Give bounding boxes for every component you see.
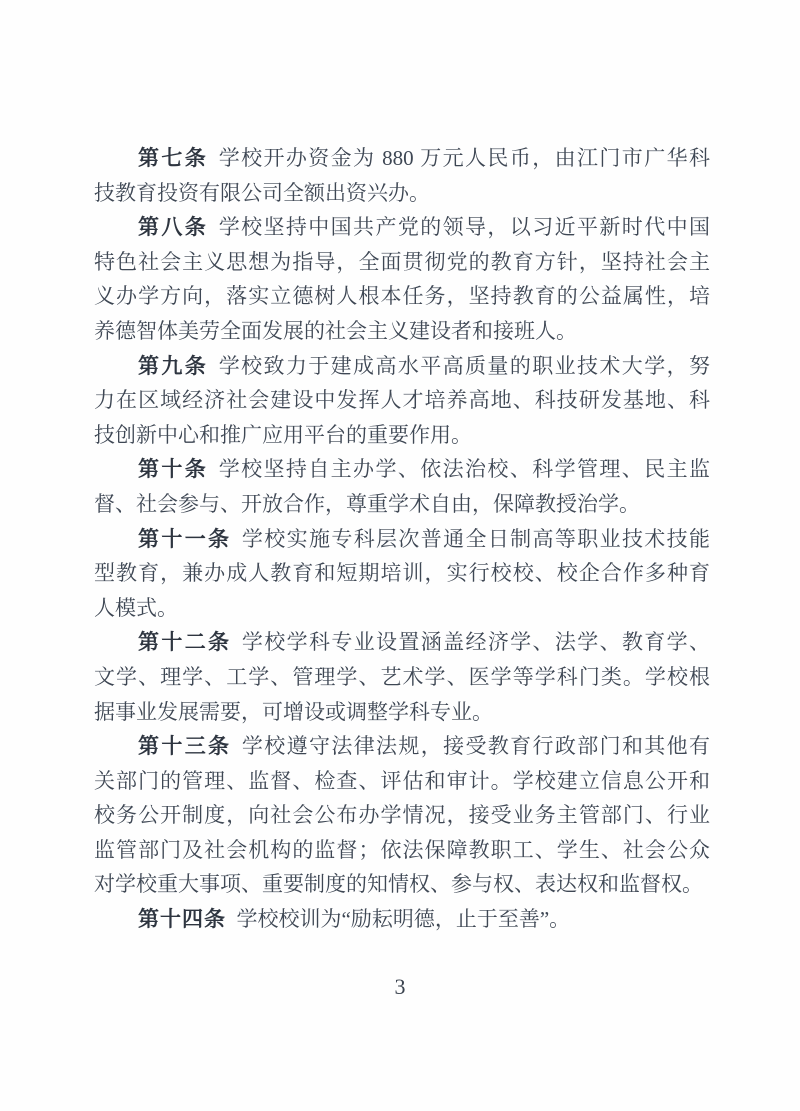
paragraph: 第十四条学校校训为“励耘明德，止于至善”。	[94, 902, 710, 937]
document-line: 据事业发展需要，可增设或调整学科专业。	[94, 695, 710, 730]
paragraph: 第十二条学校学科专业设置涵盖经济学、法学、教育学、文学、理学、工学、管理学、艺术…	[94, 625, 710, 729]
article-label: 第七条	[138, 146, 208, 170]
document-line: 第十四条学校校训为“励耘明德，止于至善”。	[94, 902, 710, 937]
text-block: 第七条学校开办资金为 880 万元人民币，由江门市广华科技教育投资有限公司全额出…	[94, 141, 710, 937]
document-line: 第十一条学校实施专科层次普通全日制高等职业技术技能	[94, 522, 710, 557]
document-page: 第七条学校开办资金为 880 万元人民币，由江门市广华科技教育投资有限公司全额出…	[0, 0, 800, 1111]
article-label: 第九条	[138, 354, 208, 378]
document-line: 关部门的管理、监督、检查、评估和审计。学校建立信息公开和	[94, 764, 710, 799]
paragraph: 第十一条学校实施专科层次普通全日制高等职业技术技能型教育，兼办成人教育和短期培训…	[94, 522, 710, 626]
document-line: 第十二条学校学科专业设置涵盖经济学、法学、教育学、	[94, 625, 710, 660]
document-line: 第十三条学校遵守法律法规，接受教育行政部门和其他有	[94, 729, 710, 764]
document-line: 养德智体美劳全面发展的社会主义建设者和接班人。	[94, 314, 710, 349]
page-number: 3	[0, 974, 800, 1000]
document-line: 义办学方向，落实立德树人根本任务，坚持教育的公益属性，培	[94, 279, 710, 314]
document-line: 技创新中心和推广应用平台的重要作用。	[94, 418, 710, 453]
document-line: 技教育投资有限公司全额出资兴办。	[94, 176, 710, 211]
document-line: 第八条学校坚持中国共产党的领导，以习近平新时代中国	[94, 210, 710, 245]
article-label: 第十一条	[138, 527, 231, 551]
paragraph: 第九条学校致力于建成高水平高质量的职业技术大学，努力在区域经济社会建设中发挥人才…	[94, 349, 710, 453]
article-label: 第十四条	[138, 907, 226, 931]
document-line: 人模式。	[94, 591, 710, 626]
document-line: 第七条学校开办资金为 880 万元人民币，由江门市广华科	[94, 141, 710, 176]
document-line: 督、社会参与、开放合作，尊重学术自由，保障教授治学。	[94, 487, 710, 522]
document-line: 第九条学校致力于建成高水平高质量的职业技术大学，努	[94, 349, 710, 384]
article-label: 第十二条	[138, 630, 231, 654]
document-line: 监管部门及社会机构的监督；依法保障教职工、学生、社会公众	[94, 833, 710, 868]
article-label: 第十条	[138, 457, 208, 481]
article-label: 第十三条	[138, 734, 231, 758]
document-line: 对学校重大事项、重要制度的知情权、参与权、表达权和监督权。	[94, 867, 710, 902]
document-line: 型教育，兼办成人教育和短期培训，实行校校、校企合作多种育	[94, 556, 710, 591]
document-line: 力在区域经济社会建设中发挥人才培养高地、科技研发基地、科	[94, 383, 710, 418]
document-line: 校务公开制度，向社会公布办学情况，接受业务主管部门、行业	[94, 798, 710, 833]
document-line: 文学、理学、工学、管理学、艺术学、医学等学科门类。学校根	[94, 660, 710, 695]
document-line: 特色社会主义思想为指导，全面贯彻党的教育方针，坚持社会主	[94, 245, 710, 280]
paragraph: 第八条学校坚持中国共产党的领导，以习近平新时代中国特色社会主义思想为指导，全面贯…	[94, 210, 710, 348]
paragraph: 第七条学校开办资金为 880 万元人民币，由江门市广华科技教育投资有限公司全额出…	[94, 141, 710, 210]
article-label: 第八条	[138, 215, 208, 239]
paragraph: 第十三条学校遵守法律法规，接受教育行政部门和其他有关部门的管理、监督、检查、评估…	[94, 729, 710, 902]
document-line: 第十条学校坚持自主办学、依法治校、科学管理、民主监	[94, 452, 710, 487]
paragraph: 第十条学校坚持自主办学、依法治校、科学管理、民主监督、社会参与、开放合作，尊重学…	[94, 452, 710, 521]
